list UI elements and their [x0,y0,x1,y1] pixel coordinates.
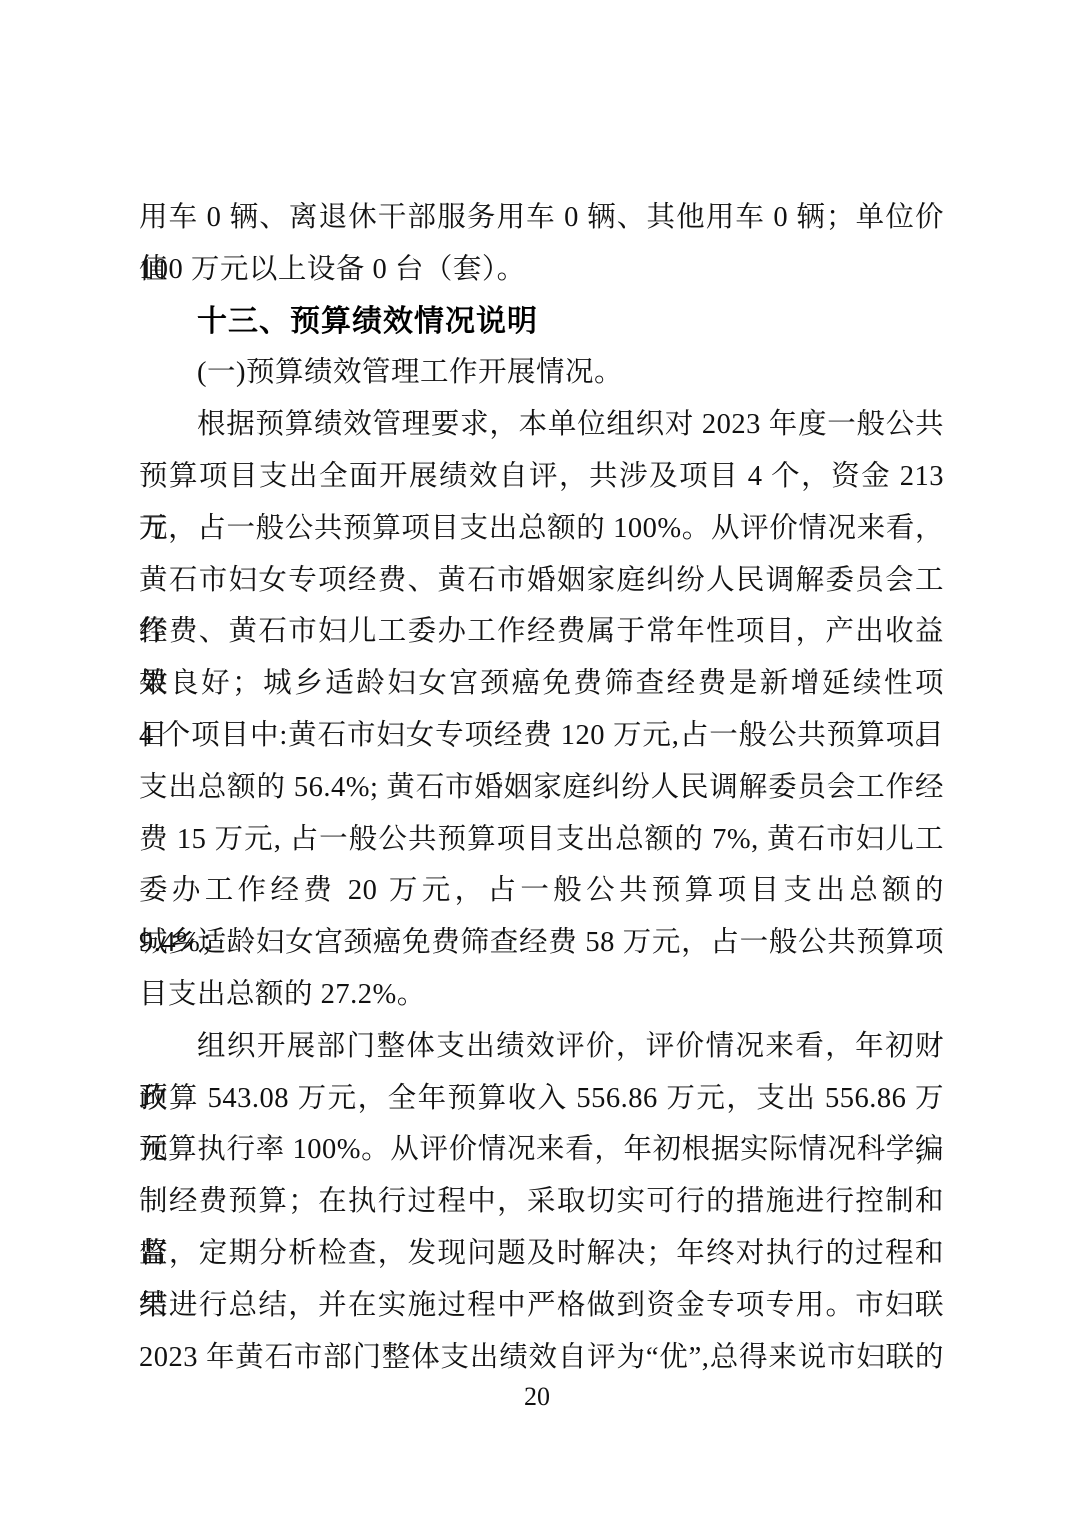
text-line: (一)预算绩效管理工作开展情况。 [139,347,944,399]
text-line: 支出总额的 56.4%; 黄石市婚姻家庭纠纷人民调解委员会工作经 [139,762,944,814]
text-line: 经费、黄石市妇儿工委办工作经费属于常年性项目，产出收益效 [139,606,944,658]
text-line: 制经费预算；在执行过程中，采取切实可行的措施进行控制和监 [139,1176,944,1228]
document-page: 用车 0 辆、离退休干部服务用车 0 辆、其他用车 0 辆；单位价值100 万元… [0,0,1074,1520]
text-line: 目支出总额的 27.2%。 [139,969,944,1021]
text-line: 督，定期分析检查，发现问题及时解决；年终对执行的过程和结 [139,1228,944,1280]
text-line: 2023 年黄石市部门整体支出绩效自评为“优”,总得来说市妇联的 [139,1332,944,1384]
text-line: 黄石市妇女专项经费、黄石市婚姻家庭纠纷人民调解委员会工作 [139,555,944,607]
text-line: 根据预算绩效管理要求，本单位组织对 2023 年度一般公共 [139,399,944,451]
text-block: 用车 0 辆、离退休干部服务用车 0 辆、其他用车 0 辆；单位价值100 万元… [139,192,944,1383]
text-line: 果良好；城乡适龄妇女宫颈癌免费筛查经费是新增延续性项目。 [139,658,944,710]
section-heading: 十三、预算绩效情况说明 [139,296,944,348]
text-line: 预算执行率 100%。从评价情况来看，年初根据实际情况科学编 [139,1124,944,1176]
text-line: 用车 0 辆、离退休干部服务用车 0 辆、其他用车 0 辆；单位价值 [139,192,944,244]
page-number: 20 [0,1381,1074,1413]
text-line: 组织开展部门整体支出绩效评价，评价情况来看，年初财政 [139,1021,944,1073]
text-line: 费 15 万元, 占一般公共预算项目支出总额的 7%, 黄石市妇儿工 [139,814,944,866]
text-line: 城乡适龄妇女宫颈癌免费筛查经费 58 万元，占一般公共预算项 [139,917,944,969]
text-line: 预算项目支出全面开展绩效自评，共涉及项目 4 个，资金 213 万 [139,451,944,503]
text-line: 100 万元以上设备 0 台（套）。 [139,244,944,296]
text-line: 4 个项目中:黄石市妇女专项经费 120 万元,占一般公共预算项目 [139,710,944,762]
text-line: 果进行总结，并在实施过程中严格做到资金专项专用。市妇联 [139,1280,944,1332]
text-line: 预算 543.08 万元，全年预算收入 556.86 万元，支出 556.86 … [139,1073,944,1125]
text-line: 元，占一般公共预算项目支出总额的 100%。从评价情况来看， [139,503,944,555]
text-line: 委办工作经费 20 万元，占一般公共预算项目支出总额的 9.4%； [139,865,944,917]
